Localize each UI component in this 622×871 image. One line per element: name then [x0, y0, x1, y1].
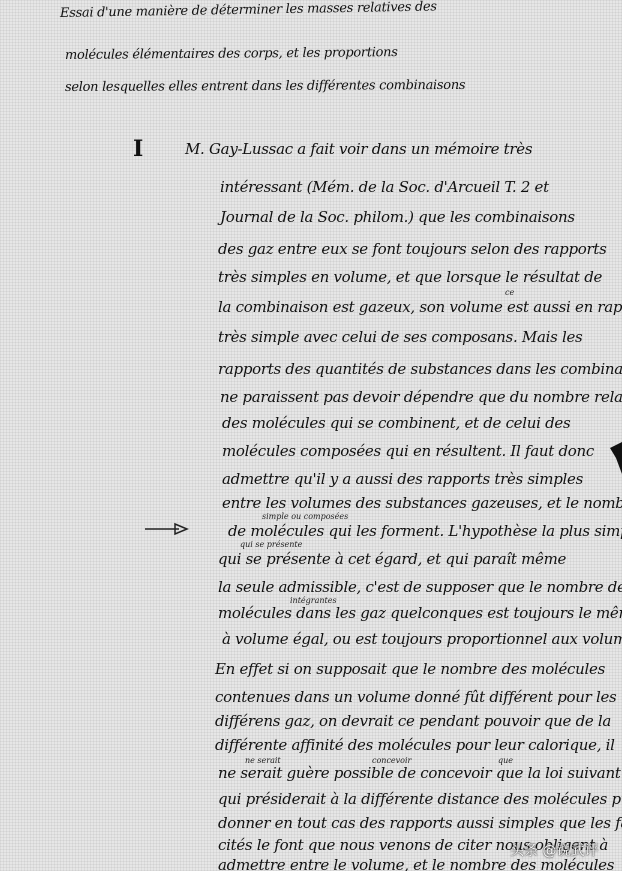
title-line-2: molécules élémentaires des corps, et les… — [65, 45, 398, 63]
body-line: rapports des quantités de substances dan… — [218, 360, 622, 378]
body-line: molécules composées qui en résultent. Il… — [222, 442, 594, 460]
ink-blot-icon — [600, 438, 622, 478]
body-line: Journal de la Soc. philom.) que les comb… — [220, 208, 575, 226]
body-line: En effet si on supposait que le nombre d… — [215, 660, 605, 678]
interlinear-note: intégrantes — [290, 596, 337, 605]
interlinear-note: qui se présente — [240, 540, 302, 549]
body-line: à volume égal, ou est toujours proportio… — [222, 630, 622, 648]
interlinear-note: ce — [505, 288, 514, 297]
body-line: intéressant (Mém. de la Soc. d'Arcueil T… — [220, 178, 549, 196]
watermark: 头条 @锐武评 — [510, 840, 598, 860]
body-line: des molécules qui se combinent, et de ce… — [222, 414, 570, 432]
title-line-1: Essai d'une manière de déterminer les ma… — [60, 0, 437, 21]
body-line: admettre qu'il y a aussi des rapports tr… — [222, 470, 583, 488]
title-line-3: selon lesquelles elles entrent dans les … — [65, 78, 465, 95]
body-line: très simple avec celui de ses composans.… — [218, 328, 582, 346]
interlinear-note: simple ou composées — [262, 512, 348, 521]
body-line: donner en tout cas des rapports aussi si… — [218, 814, 622, 832]
section-numeral: I — [133, 136, 143, 162]
body-line: la combinaison est gazeux, son volume es… — [218, 298, 622, 316]
body-line: entre les volumes des substances gazeuse… — [222, 494, 622, 512]
body-line: la seule admissible, c'est de supposer q… — [218, 578, 622, 596]
body-line: M. Gay-Lussac a fait voir dans un mémoir… — [185, 140, 532, 158]
body-line: très simples en volume, et que lorsque l… — [218, 268, 602, 286]
body-line: qui présiderait à la différente distance… — [218, 790, 622, 808]
right-arrow-icon — [145, 522, 189, 536]
body-line: différente affinité des molécules pour l… — [215, 736, 615, 754]
body-line: ne paraissent pas devoir dépendre que du… — [220, 388, 622, 406]
body-line: molécules dans les gaz quelconques est t… — [218, 604, 622, 622]
body-line: contenues dans un volume donné fût diffé… — [215, 688, 616, 706]
body-line: de molécules qui les forment. L'hypothès… — [228, 522, 622, 540]
body-line: qui se présente à cet égard, et qui para… — [218, 550, 566, 568]
interlinear-note: ne serait — [245, 756, 281, 765]
body-line: des gaz entre eux se font toujours selon… — [218, 240, 607, 258]
interlinear-note: concevoir — [372, 756, 411, 765]
manuscript-page: Essai d'une manière de déterminer les ma… — [0, 0, 622, 871]
interlinear-note: que — [498, 756, 513, 765]
body-line: ne serait guère possible de concevoir qu… — [218, 764, 622, 782]
body-line: différens gaz, on devrait ce pendant pou… — [215, 712, 611, 730]
